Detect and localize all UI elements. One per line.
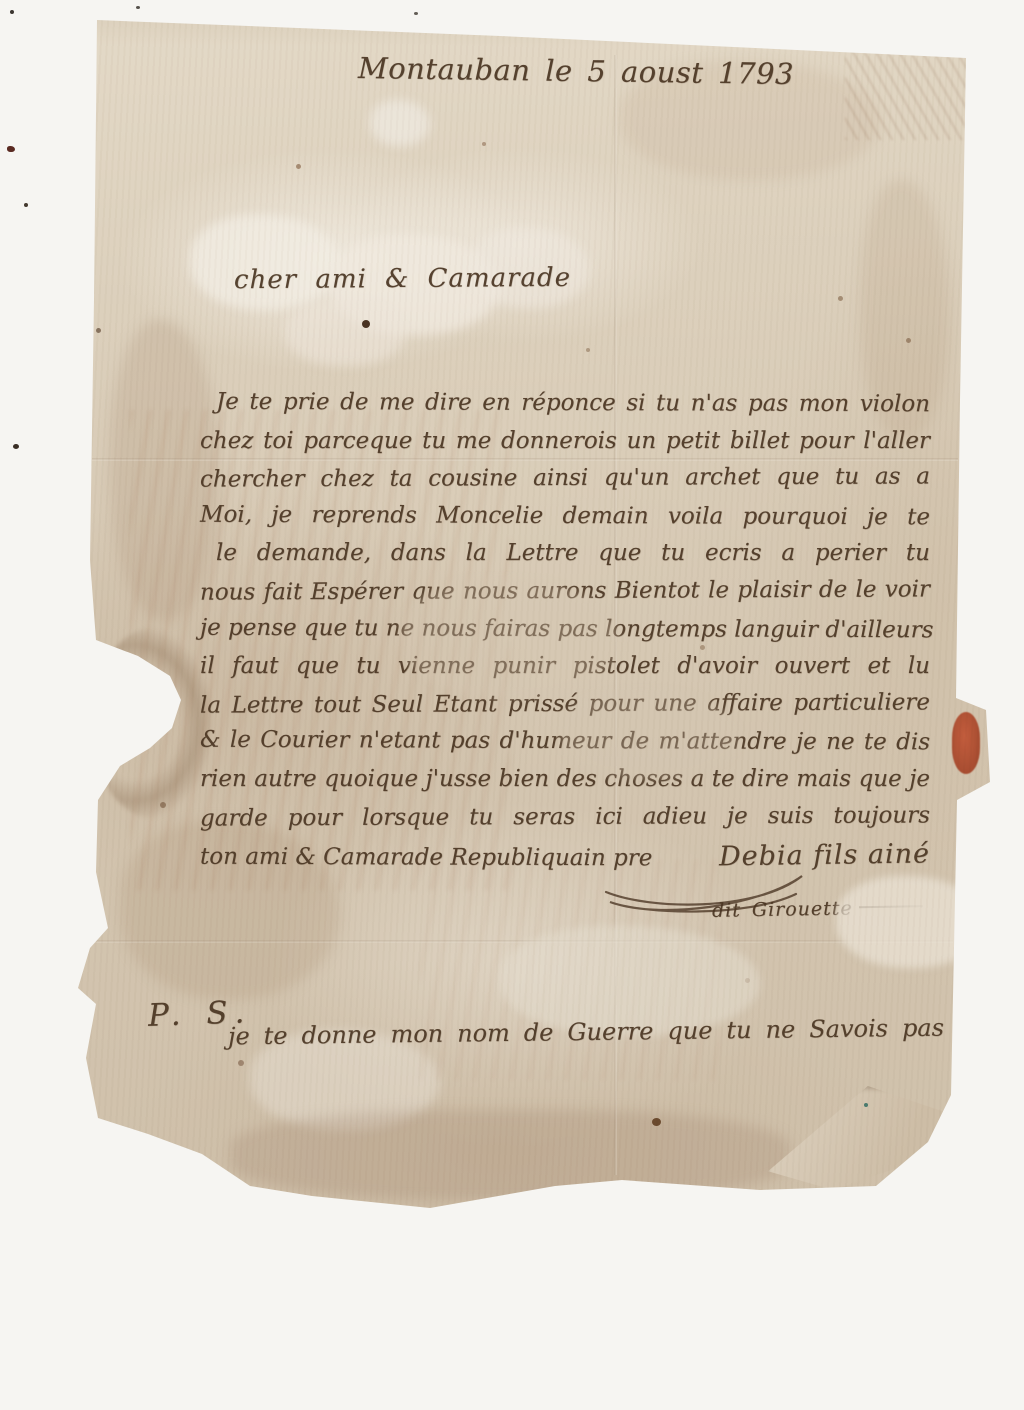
scan-image: { "document": { "kind": "handwritten let… [0, 0, 1024, 1410]
foxing-spot [652, 1118, 661, 1126]
dateline: Montauban le 5 aoust 1793 [358, 51, 794, 91]
worn-patch [190, 215, 340, 310]
dust-speck [10, 10, 14, 14]
closing-line: ton ami & Camarade Republiquain pre Debi… [200, 840, 930, 880]
body-line: garde pour lorsque tu seras ici adieu je… [200, 802, 930, 843]
body-line: le demande, dans la Lettre que tu ecris … [216, 540, 930, 578]
foxing-spot [96, 328, 101, 333]
signature-name: Debia fils ainé [719, 839, 930, 873]
letter-paper: Montauban le 5 aoust 1793 cher ami & Cam… [0, 0, 1024, 1410]
letter-body: Je te prie de me dire en réponce si tu n… [200, 390, 930, 879]
body-line: chez toi parceque tu me donnerois un pet… [200, 428, 930, 466]
body-line: nous fait Espérer que nous aurons Biento… [200, 576, 930, 617]
tear-shadow [92, 628, 212, 818]
body-line: je pense que tu ne nous fairas pas longt… [200, 614, 930, 654]
foxing-spot [906, 338, 911, 343]
dust-speck [13, 444, 19, 449]
dust-speck [7, 146, 15, 152]
foxing-spot [482, 142, 486, 146]
wax-seal-remnant [952, 712, 980, 774]
salutation: cher ami & Camarade [234, 263, 571, 295]
dust-speck [414, 12, 418, 15]
stain [230, 1110, 790, 1200]
body-line: rien autre quoique j'usse bien des chose… [200, 766, 930, 804]
hatch-marks [845, 48, 975, 140]
dust-speck [24, 203, 28, 207]
postscript-text: je te donne mon nom de Guerre que tu ne … [228, 1014, 944, 1051]
foxing-spot [296, 164, 301, 169]
body-line: & le Courier n'etant pas d'humeur de m'a… [200, 727, 930, 767]
worn-patch [370, 100, 430, 146]
horizontal-fold-crease [95, 940, 953, 943]
body-line: Je te prie de me dire en réponce si tu n… [216, 389, 930, 429]
foxing-spot [238, 1060, 244, 1066]
body-line: Moi, je reprends Moncelie demain voila p… [200, 502, 930, 542]
foxing-spot [362, 320, 370, 328]
body-line: il faut que tu vienne punir pistolet d'a… [200, 653, 930, 691]
folded-corner [768, 1086, 960, 1190]
foxing-spot [160, 802, 166, 808]
signature-alias: dit Girouette [712, 896, 923, 922]
body-line: la Lettre tout Seul Etant prissé pour un… [200, 689, 930, 730]
foxing-spot [838, 296, 843, 301]
foxing-spot [864, 1103, 868, 1107]
foxing-spot [745, 978, 750, 983]
dust-speck [136, 6, 140, 9]
closing-text: ton ami & Camarade Republiquain pre [200, 844, 652, 872]
ink-fade-patch [836, 876, 986, 968]
foxing-spot [586, 348, 590, 352]
body-line: chercher chez ta cousine ainsi qu'un arc… [200, 464, 930, 505]
worn-patch [285, 300, 405, 366]
